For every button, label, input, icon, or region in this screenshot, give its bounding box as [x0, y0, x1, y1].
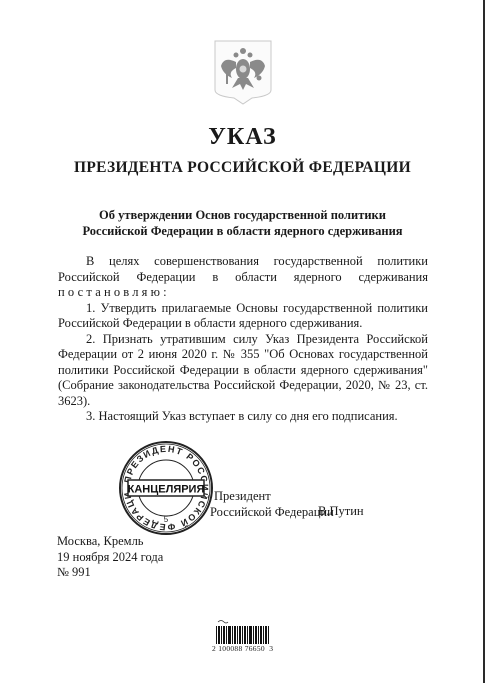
svg-text:5: 5: [164, 515, 169, 524]
document-title: УКАЗ: [0, 124, 485, 151]
coat-of-arms-icon: [212, 38, 274, 106]
preamble-line-2: Российской Федерации в области ядерного …: [58, 270, 428, 286]
decree-item-3: 3. Настоящий Указ вступает в силу со дня…: [58, 409, 428, 425]
barcode-number: 2 100088 76650 3: [212, 644, 273, 653]
heading-line-1: Об утверждении Основ государственной пол…: [0, 207, 485, 223]
place-date-number: Москва, Кремль 19 ноября 2024 года № 991: [57, 534, 163, 581]
preamble-line-3: постановляю:: [58, 285, 428, 301]
document-subtitle: ПРЕЗИДЕНТА РОССИЙСКОЙ ФЕДЕРАЦИИ: [0, 159, 485, 177]
heading-line-2: Российской Федерации в области ядерного …: [0, 223, 485, 239]
decree-body: В целях совершенствования государственно…: [58, 254, 428, 425]
svg-text:КАНЦЕЛЯРИЯ: КАНЦЕЛЯРИЯ: [128, 484, 205, 496]
decree-number: № 991: [57, 565, 163, 581]
decree-item-2: 2. Признать утратившим силу Указ Президе…: [58, 332, 428, 410]
place: Москва, Кремль: [57, 534, 163, 550]
chancellery-stamp-icon: ПРЕЗИДЕНТ РОССИЙСКОЙ ФЕДЕРАЦИИ КАНЦЕЛЯРИ…: [118, 440, 214, 536]
preamble-line-1: В целях совершенствования государственно…: [58, 254, 428, 270]
signatory-title-line-2: Российской Федерации: [210, 504, 334, 520]
date: 19 ноября 2024 года: [57, 550, 163, 566]
signatory-title: Президент Российской Федерации: [210, 488, 334, 520]
signatory-title-line-1: Президент: [210, 488, 334, 504]
signatory-name: В.Путин: [318, 504, 364, 519]
decree-item-1: 1. Утвердить прилагаемые Основы государс…: [58, 301, 428, 332]
decree-heading: Об утверждении Основ государственной пол…: [0, 207, 485, 239]
